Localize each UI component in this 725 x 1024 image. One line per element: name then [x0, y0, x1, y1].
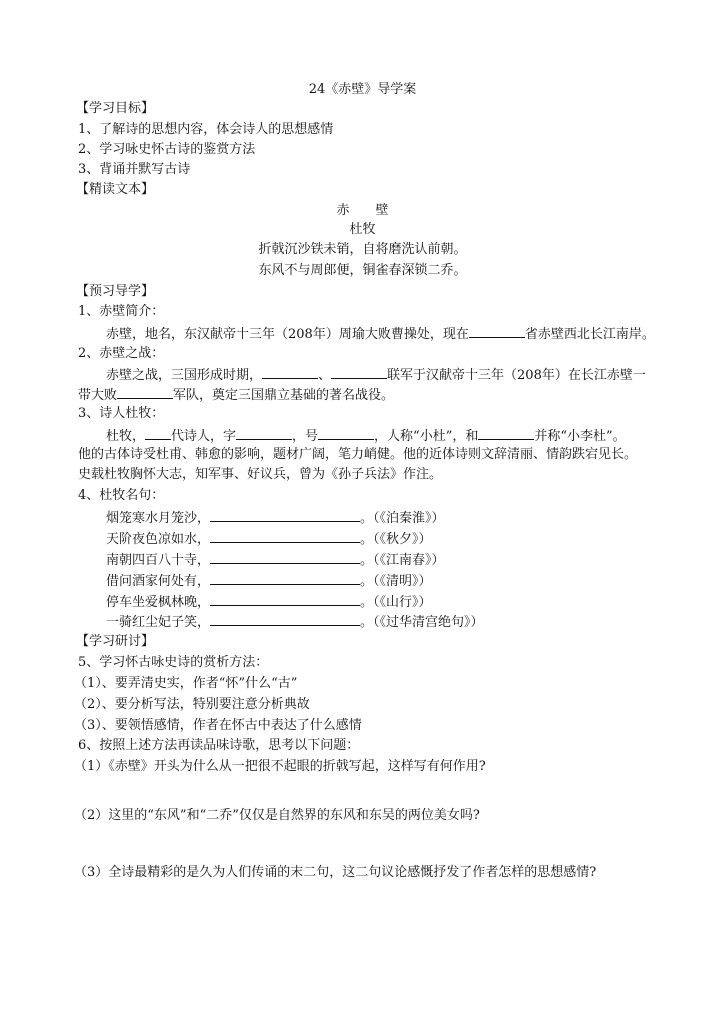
method-item: （3）、要领悟感情，作者在怀古中表达了什么感情	[74, 717, 362, 735]
poem-title-char: 壁	[376, 203, 389, 218]
poem-line: 折戟沉沙铁未销，自将磨洗认前朝。	[0, 241, 725, 259]
section-header-preview: 【预习导学】	[76, 283, 154, 301]
question-item: （1）《赤壁》开头为什么从一把很不起眼的折戟写起，这样写有何作用?	[74, 758, 486, 776]
objective-item: 3、背诵并默写古诗	[78, 161, 190, 179]
famous-line-item: 借问酒家何处有，。（《清明》）	[106, 571, 432, 589]
subsection-heading: 4、杜牧名句：	[78, 487, 164, 505]
fill-blank-province[interactable]	[469, 324, 525, 338]
poem-author: 杜牧	[0, 221, 725, 239]
document-page: 24《赤壁》导学案 【学习目标】 1、了解诗的思想内容，体会诗人的思想感情 2、…	[0, 0, 725, 1024]
section-header-reading: 【精读文本】	[76, 181, 154, 199]
poet-text: 他的古体诗受杜甫、韩愈的影响，题材广阔，笔力峭健。他的近体诗则文辞清丽、情韵跌宕…	[78, 446, 637, 464]
fill-blank-defeated[interactable]	[117, 385, 173, 399]
fill-blank-line[interactable]	[210, 612, 360, 626]
poet-text: 杜牧，代诗人，字，号，人称“小杜”，和并称“小李杜”。	[106, 426, 626, 444]
subsection-heading: 5、学习怀古咏史诗的赏析方法：	[78, 654, 268, 672]
famous-line-item: 烟笼寒水月笼沙，。（《泊秦淮》）	[106, 508, 445, 526]
subsection-heading: 6、按照上述方法再读品味诗歌，思考以下问题：	[78, 737, 359, 755]
objective-item: 2、学习咏史怀古诗的鉴赏方法	[78, 141, 255, 159]
fill-blank-ally-2[interactable]	[331, 365, 387, 379]
section-header-objectives: 【学习目标】	[76, 100, 154, 118]
section-header-study: 【学习研讨】	[76, 633, 154, 651]
famous-line-item: 停车坐爱枫林晚，。（《山行》）	[106, 592, 432, 610]
subsection-heading: 3、诗人杜牧：	[78, 405, 164, 423]
fill-blank-pen-name[interactable]	[318, 426, 374, 440]
method-item: （2）、要分析写法，特别要注意分析典故	[74, 696, 310, 714]
document-title: 24《赤壁》导学案	[0, 81, 725, 99]
fill-blank-line[interactable]	[210, 571, 360, 585]
fill-blank-line[interactable]	[210, 592, 360, 606]
poem-title: 赤壁	[0, 202, 725, 220]
poet-text: 史载杜牧胸怀大志，知军事、好议兵，曾为《孙子兵法》作注。	[78, 466, 442, 484]
famous-line-item: 天阶夜色凉如水，。（《秋夕》）	[106, 529, 432, 547]
battle-text-cont: 带大败军队，奠定三国鼎立基础的著名战役。	[78, 385, 394, 403]
famous-line-item: 南朝四百八十寺，。（《江南春》）	[106, 550, 445, 568]
question-item: （3）全诗最精彩的是久为人们传诵的末二句，这二句议论感慨抒发了作者怎样的思想感情…	[74, 864, 596, 882]
subsection-heading: 1、赤壁简介：	[78, 303, 164, 321]
fill-blank-courtesy-name[interactable]	[236, 426, 292, 440]
subsection-heading: 2、赤壁之战：	[78, 345, 164, 363]
fill-blank-line[interactable]	[210, 508, 360, 522]
method-item: （1）、要弄清史实，作者“怀”什么“古”	[74, 675, 297, 693]
fill-blank-line[interactable]	[210, 529, 360, 543]
poem-line: 东风不与周郎便，铜雀春深锁二乔。	[0, 262, 725, 280]
question-item: （2）这里的“东风”和“二乔”仅仅是自然界的东风和东吴的两位美女吗?	[74, 807, 480, 825]
fill-blank-line[interactable]	[210, 550, 360, 564]
objective-item: 1、了解诗的思想内容，体会诗人的思想感情	[78, 121, 333, 139]
fill-blank-peer-poet[interactable]	[478, 426, 534, 440]
chibi-intro-text: 赤壁，地名，东汉献帝十三年（208年）周瑜大败曹操处，现在省赤壁西北长江南岸。	[106, 324, 655, 342]
famous-line-item: 一骑红尘妃子笑，。（《过华清宫绝句》）	[106, 612, 484, 630]
battle-text: 赤壁之战，三国形成时期，、联军于汉献帝十三年（208年）在长江赤壁一	[106, 365, 646, 383]
fill-blank-ally-1[interactable]	[262, 365, 318, 379]
fill-blank-dynasty[interactable]	[145, 426, 171, 440]
poem-title-char: 赤	[336, 203, 349, 218]
